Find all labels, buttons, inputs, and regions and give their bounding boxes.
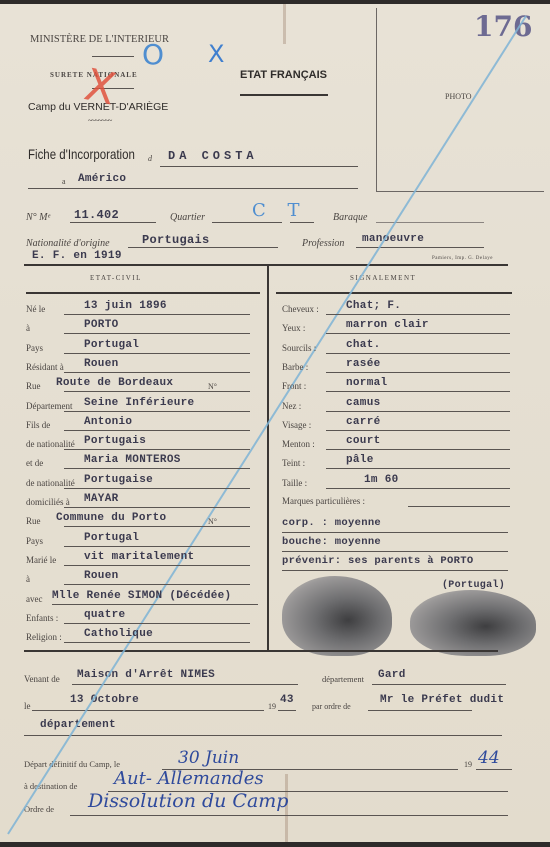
etat-civil-label: Né le [26, 304, 45, 314]
etat-civil-value: Commune du Porto [56, 512, 166, 524]
etat-civil-value: Portugais [84, 435, 146, 447]
etat-civil-label: Résidant à [26, 362, 64, 372]
field-line [64, 314, 250, 315]
etat-civil-value: quatre [84, 609, 125, 621]
signalement-value: court [346, 435, 381, 447]
signalement-label: Sourcils : [282, 343, 316, 353]
signalement-value: camus [346, 397, 381, 409]
marques-line: prévenir: ses parents à PORTO [282, 555, 473, 567]
etat-civil-label: avec [26, 594, 42, 604]
field-line [64, 391, 250, 392]
signalement-value: rasée [346, 358, 381, 370]
signalement-value: pâle [346, 454, 374, 466]
field-line [52, 604, 258, 605]
field-line [326, 468, 510, 469]
etat-civil-value: Rouen [84, 570, 119, 582]
etat-civil-label: Pays [26, 536, 43, 546]
etat-civil-value: Portugaise [84, 474, 153, 486]
signalement-value: normal [346, 377, 387, 389]
signalement-value: Chat; F. [346, 300, 401, 312]
field-line [64, 546, 250, 547]
field-line [64, 353, 250, 354]
field-line [64, 507, 250, 508]
etat-civil-label: à [26, 574, 30, 584]
field-line [64, 565, 250, 566]
number-label: N° [208, 382, 217, 391]
etat-civil-label: Marié le [26, 555, 56, 565]
etat-civil-label: Religion : [26, 632, 62, 642]
etat-civil-label: à [26, 323, 30, 333]
field-line [326, 314, 510, 315]
field-line [64, 623, 250, 624]
field-line [64, 372, 250, 373]
field-line [326, 411, 510, 412]
signalement-value: 1m 60 [364, 474, 399, 486]
field-line [282, 551, 508, 552]
signalement-label: Cheveux : [282, 304, 319, 314]
signalement-value: carré [346, 416, 381, 428]
etat-civil-label: de nationalité [26, 478, 75, 488]
signalement-label: Visage : [282, 420, 311, 430]
signalement-label: Taille : [282, 478, 307, 488]
field-line [326, 488, 510, 489]
etat-civil-label: Rue [26, 516, 41, 526]
field-line [64, 430, 250, 431]
etat-civil-label: domiciliés à [26, 497, 70, 507]
etat-civil-value: MAYAR [84, 493, 119, 505]
etat-civil-value: Catholique [84, 628, 153, 640]
signalement-label: Menton : [282, 439, 315, 449]
incorporation-card: MINISTÈRE DE L'INTERIEUR SURETE NATIONAL… [0, 4, 550, 842]
marques-line: corp. : moyenne [282, 517, 381, 529]
etat-civil-label: de nationalité [26, 439, 75, 449]
marques-line: bouche: moyenne [282, 536, 381, 548]
field-line [64, 333, 250, 334]
field-line [64, 488, 250, 489]
etat-civil-value: 13 juin 1896 [84, 300, 167, 312]
etat-civil-label: et de [26, 458, 43, 468]
etat-civil-label: Rue [26, 381, 41, 391]
field-line [64, 449, 250, 450]
etat-civil-label: Fils de [26, 420, 50, 430]
signalement-label: Teint : [282, 458, 305, 468]
field-line [64, 468, 250, 469]
field-line [326, 449, 510, 450]
field-line [64, 411, 250, 412]
signalement-label: Front : [282, 381, 306, 391]
signalement-value: chat. [346, 339, 381, 351]
etat-civil-value: Maria MONTEROS [84, 454, 181, 466]
signalement-value: marron clair [346, 319, 429, 331]
etat-civil-value: Route de Bordeaux [56, 377, 173, 389]
number-label: N° [208, 517, 217, 526]
etat-civil-label: Département [26, 401, 72, 411]
etat-civil-value: Portugal [84, 339, 139, 351]
field-line [326, 430, 510, 431]
field-line [326, 333, 510, 334]
signalement-label: Nez : [282, 401, 301, 411]
etat-civil-value: Seine Inférieure [84, 397, 194, 409]
field-line [64, 584, 250, 585]
field-line [64, 526, 250, 527]
etat-civil-label: Enfants : [26, 613, 58, 623]
etat-civil-value: PORTO [84, 319, 119, 331]
field-line [282, 532, 508, 533]
field-line [326, 391, 510, 392]
field-line [326, 353, 510, 354]
etat-civil-value: vit maritalement [84, 551, 194, 563]
etat-civil-label: Pays [26, 343, 43, 353]
etat-civil-value: Antonio [84, 416, 132, 428]
signalement-label: Yeux : [282, 323, 305, 333]
field-line [326, 372, 510, 373]
etat-civil-value: Rouen [84, 358, 119, 370]
etat-civil-value: Portugal [84, 532, 139, 544]
diagonal-cancel-line [0, 4, 550, 842]
etat-civil-value: Mlle Renée SIMON (Décédée) [52, 590, 231, 602]
field-line [64, 642, 250, 643]
field-line [282, 570, 508, 571]
signalement-label: Barbe : [282, 362, 308, 372]
